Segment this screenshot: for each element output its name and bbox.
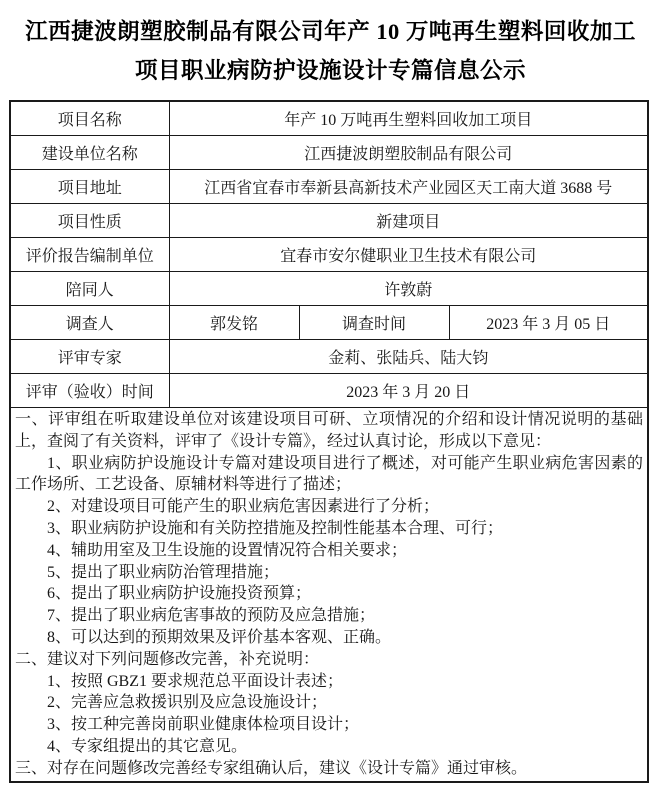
opinion-paragraph: 4、辅助用室及卫生设施的设置情况符合相关要求； [15, 540, 643, 562]
row-label: 项目名称 [10, 101, 169, 136]
row-value: 2023 年 3 月 20 日 [169, 374, 648, 408]
row-label: 项目地址 [10, 170, 169, 204]
opinion-paragraph: 6、提出了职业病防护设施投资预算； [15, 583, 643, 605]
page-title: 江西捷波朗塑胶制品有限公司年产 10 万吨再生塑料回收加工项目职业病防护设施设计… [22, 12, 640, 90]
opinion-paragraph: 二、建议对下列问题修改完善，补充说明： [15, 649, 643, 671]
investigation-time-value: 2023 年 3 月 05 日 [449, 306, 648, 340]
opinion-paragraph: 8、可以达到的预期效果及评价基本客观、正确。 [15, 627, 643, 649]
opinion-paragraph: 7、提出了职业病危害事故的预防及应急措施； [15, 605, 643, 627]
opinion-paragraph: 2、对建设项目可能产生的职业病危害因素进行了分析； [15, 496, 643, 518]
table-row-review-opinion: 一、评审组在听取建设单位对该建设项目可研、立项情况的介绍和设计情况说明的基础上，… [10, 408, 648, 782]
table-row-accompanying-person: 陪同人 许敦蔚 [10, 272, 648, 306]
opinion-paragraph: 三、对存在问题修改完善经专家组确认后，建议《设计专篇》通过审核。 [15, 758, 643, 780]
row-value: 新建项目 [169, 204, 648, 238]
opinion-paragraph: 2、完善应急救援识别及应急设施设计； [15, 692, 643, 714]
investigator-name: 郭发铭 [169, 306, 299, 340]
table-row-review-time: 评审（验收）时间 2023 年 3 月 20 日 [10, 374, 648, 408]
row-label: 陪同人 [10, 272, 169, 306]
table-row-project-address: 项目地址 江西省宜春市奉新县高新技术产业园区天工南大道 3688 号 [10, 170, 648, 204]
investigator-label: 调查人 [10, 306, 169, 340]
review-opinion-cell: 一、评审组在听取建设单位对该建设项目可研、立项情况的介绍和设计情况说明的基础上，… [10, 408, 648, 782]
table-row-report-unit: 评价报告编制单位 宜春市安尔健职业卫生技术有限公司 [10, 238, 648, 272]
row-value: 宜春市安尔健职业卫生技术有限公司 [169, 238, 648, 272]
opinion-paragraph: 一、评审组在听取建设单位对该建设项目可研、立项情况的介绍和设计情况说明的基础上，… [15, 409, 643, 453]
row-value: 许敦蔚 [169, 272, 648, 306]
row-label: 评审（验收）时间 [10, 374, 169, 408]
table-row-project-name: 项目名称 年产 10 万吨再生塑料回收加工项目 [10, 101, 648, 136]
row-label: 评审专家 [10, 340, 169, 374]
row-value: 金莉、张陆兵、陆大钧 [169, 340, 648, 374]
row-value: 江西捷波朗塑胶制品有限公司 [169, 136, 648, 170]
opinion-paragraph: 1、职业病防护设施设计专篇对建设项目进行了概述，对可能产生职业病危害因素的工作场… [15, 453, 643, 497]
row-value: 年产 10 万吨再生塑料回收加工项目 [169, 101, 648, 136]
opinion-paragraph: 1、按照 GBZ1 要求规范总平面设计表述； [15, 671, 643, 693]
opinion-paragraph: 3、职业病防护设施和有关防控措施及控制性能基本合理、可行； [15, 518, 643, 540]
table-row-investigation: 调查人 郭发铭 调查时间 2023 年 3 月 05 日 [10, 306, 648, 340]
table-row-construction-unit: 建设单位名称 江西捷波朗塑胶制品有限公司 [10, 136, 648, 170]
row-label: 建设单位名称 [10, 136, 169, 170]
opinion-paragraph: 5、提出了职业病防治管理措施； [15, 562, 643, 584]
row-label: 评价报告编制单位 [10, 238, 169, 272]
opinion-paragraph: 4、专家组提出的其它意见。 [15, 736, 643, 758]
table-row-review-experts: 评审专家 金莉、张陆兵、陆大钧 [10, 340, 648, 374]
investigation-time-label: 调查时间 [299, 306, 449, 340]
project-info-table: 项目名称 年产 10 万吨再生塑料回收加工项目 建设单位名称 江西捷波朗塑胶制品… [9, 100, 649, 783]
row-value: 江西省宜春市奉新县高新技术产业园区天工南大道 3688 号 [169, 170, 648, 204]
table-row-project-nature: 项目性质 新建项目 [10, 204, 648, 238]
opinion-paragraph: 3、按工种完善岗前职业健康体检项目设计； [15, 714, 643, 736]
document-page: 江西捷波朗塑胶制品有限公司年产 10 万吨再生塑料回收加工项目职业病防护设施设计… [0, 0, 661, 803]
row-label: 项目性质 [10, 204, 169, 238]
